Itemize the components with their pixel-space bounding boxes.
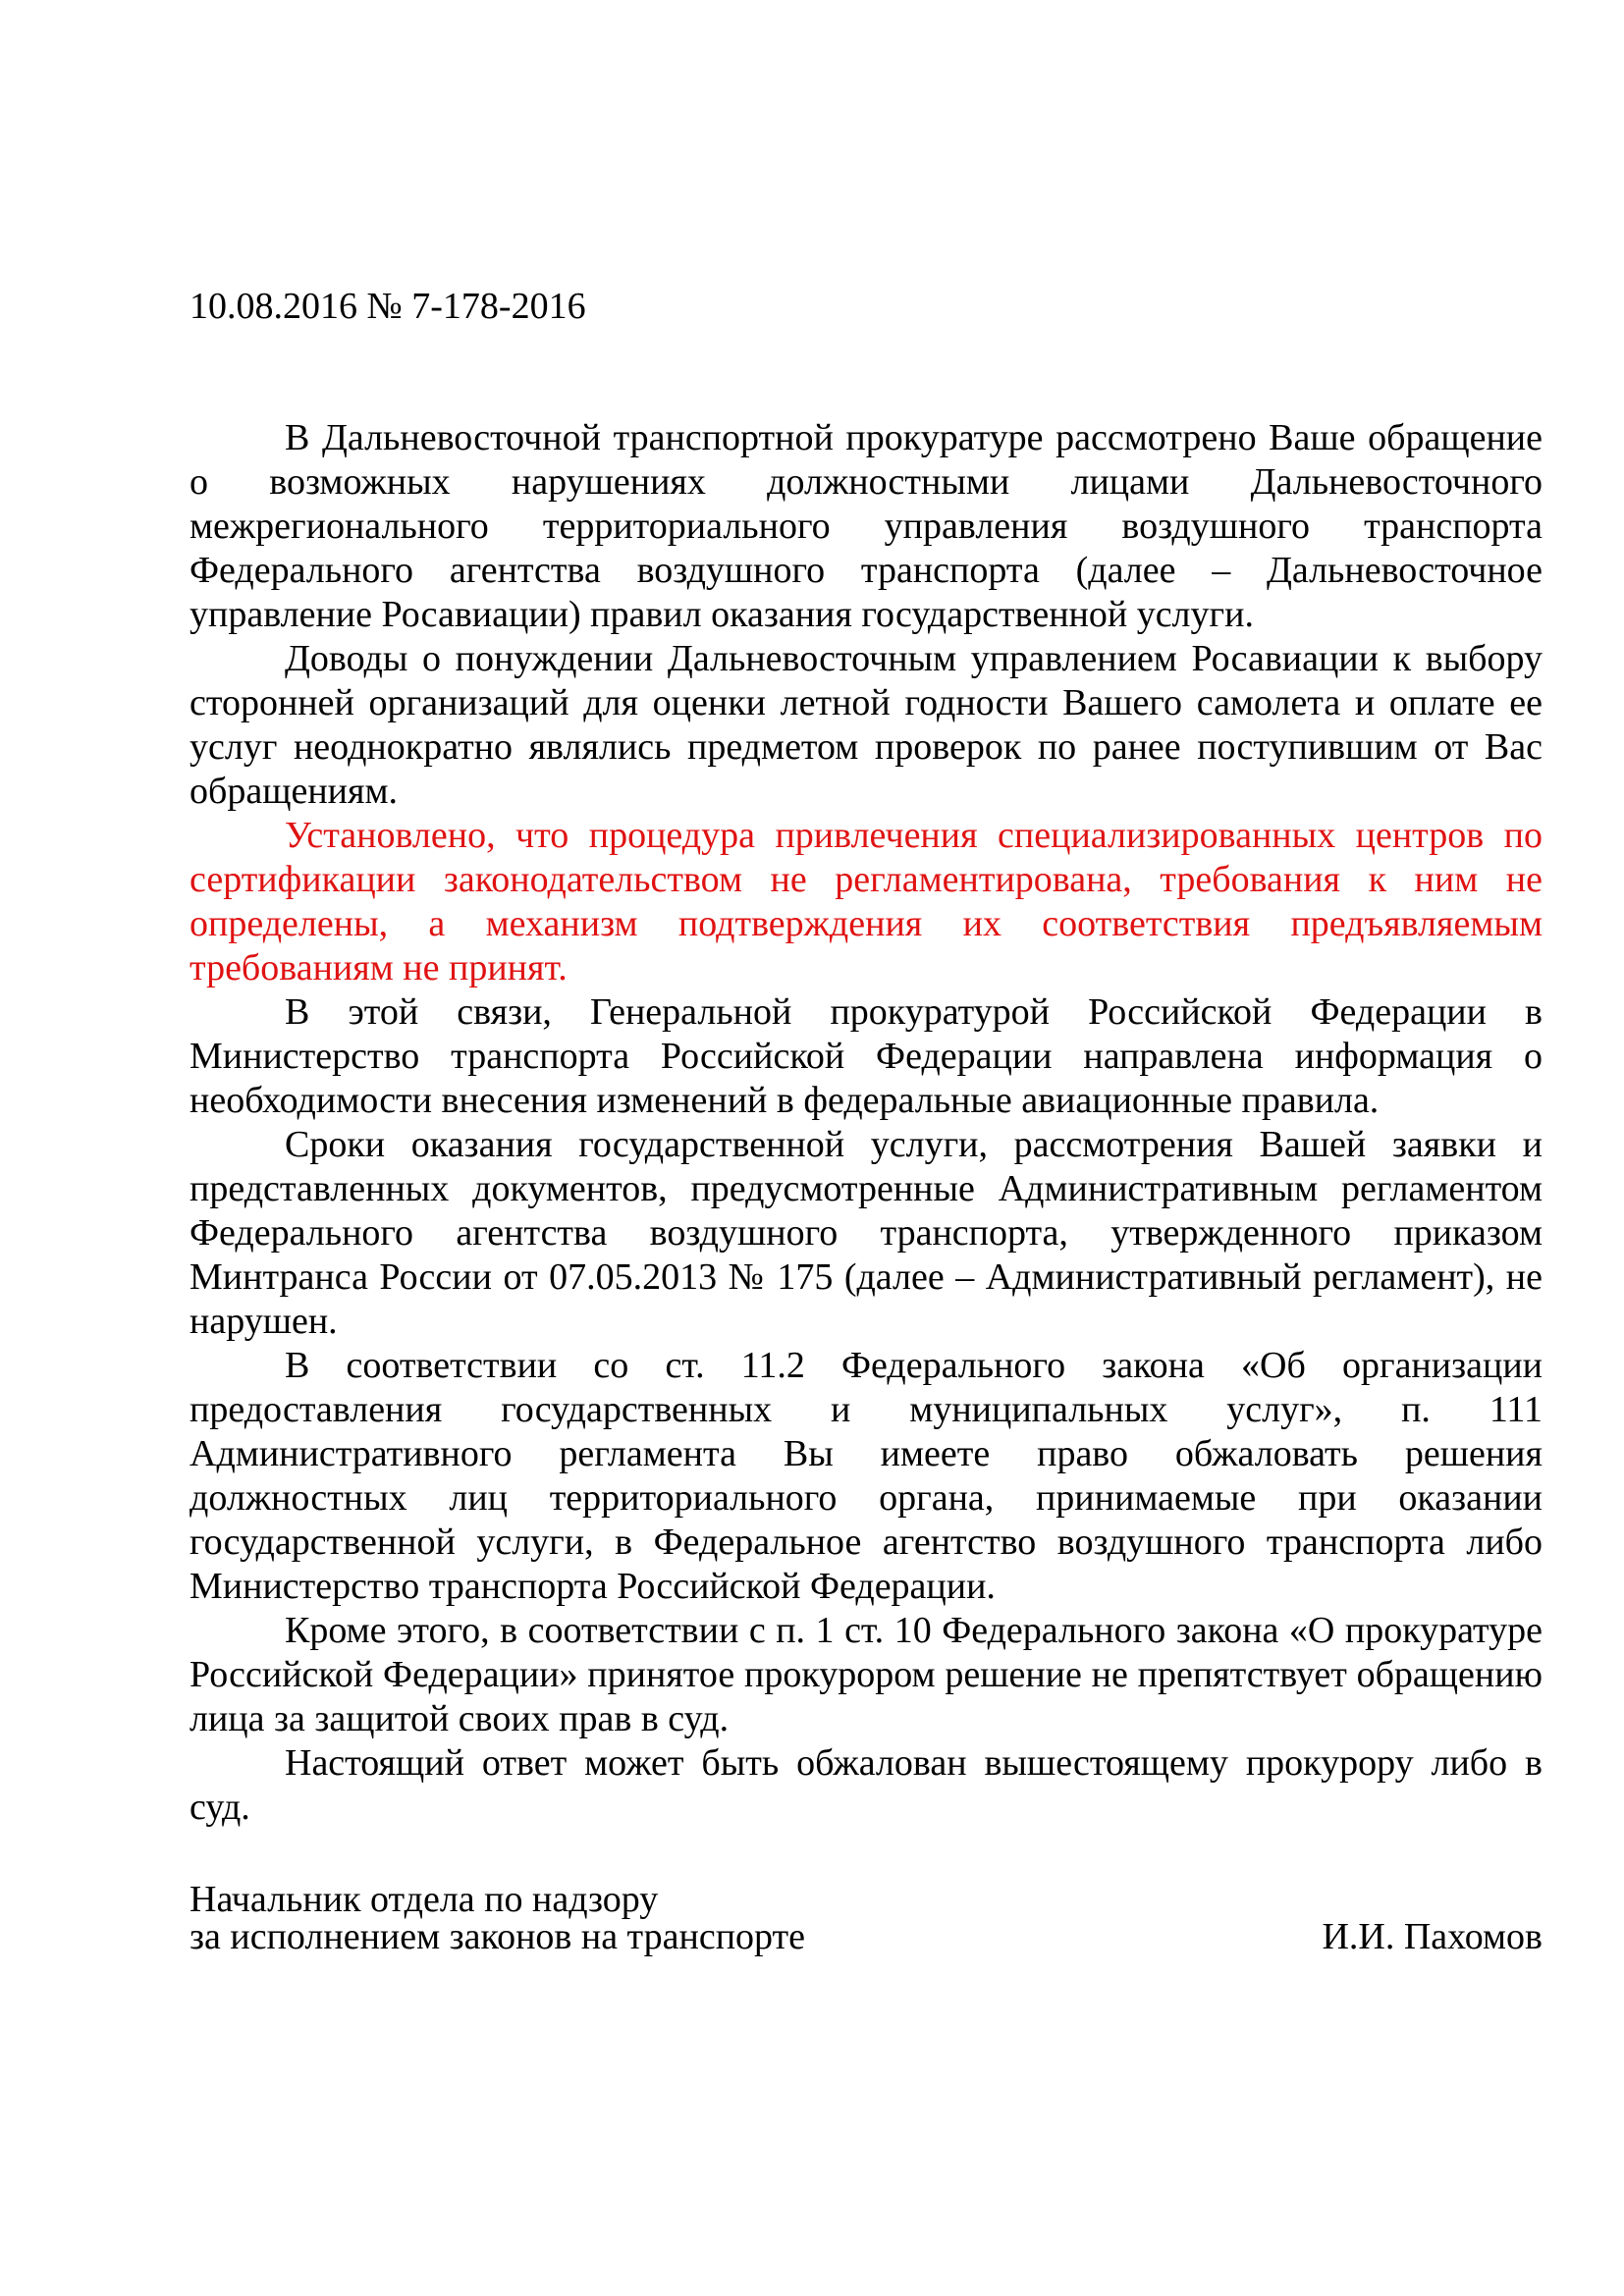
paragraph-findings-highlighted: Установлено, что процедура привлечения с… <box>189 814 1543 990</box>
paragraph-arguments: Доводы о понуждении Дальневосточным упра… <box>189 637 1543 814</box>
paragraph-appeal-rights: В соответствии со ст. 11.2 Федерального … <box>189 1344 1543 1609</box>
signee-title-line-2: за исполнением законов на транспорте <box>189 1918 805 1955</box>
paragraph-closing: Настоящий ответ может быть обжалован выш… <box>189 1741 1543 1830</box>
signee-title-line-1: Начальник отдела по надзору <box>189 1881 1543 1918</box>
paragraph-court-rights: Кроме этого, в соответствии с п. 1 ст. 1… <box>189 1609 1543 1741</box>
letter-body: В Дальневосточной транспортной прокурату… <box>189 416 1543 1830</box>
signee-name: И.И. Пахомов <box>1322 1918 1543 1955</box>
date-reference-line: 10.08.2016 № 7-178-2016 <box>189 285 586 329</box>
signature-row: за исполнением законов на транспорте И.И… <box>189 1918 1543 1955</box>
paragraph-ministry-info: В этой связи, Генеральной прокуратурой Р… <box>189 990 1543 1123</box>
letter-page: 10.08.2016 № 7-178-2016 В Дальневосточно… <box>0 0 1624 2296</box>
paragraph-deadlines: Сроки оказания государственной услуги, р… <box>189 1123 1543 1344</box>
paragraph-intro: В Дальневосточной транспортной прокурату… <box>189 416 1543 637</box>
signature-block: Начальник отдела по надзору за исполнени… <box>189 1881 1543 1955</box>
